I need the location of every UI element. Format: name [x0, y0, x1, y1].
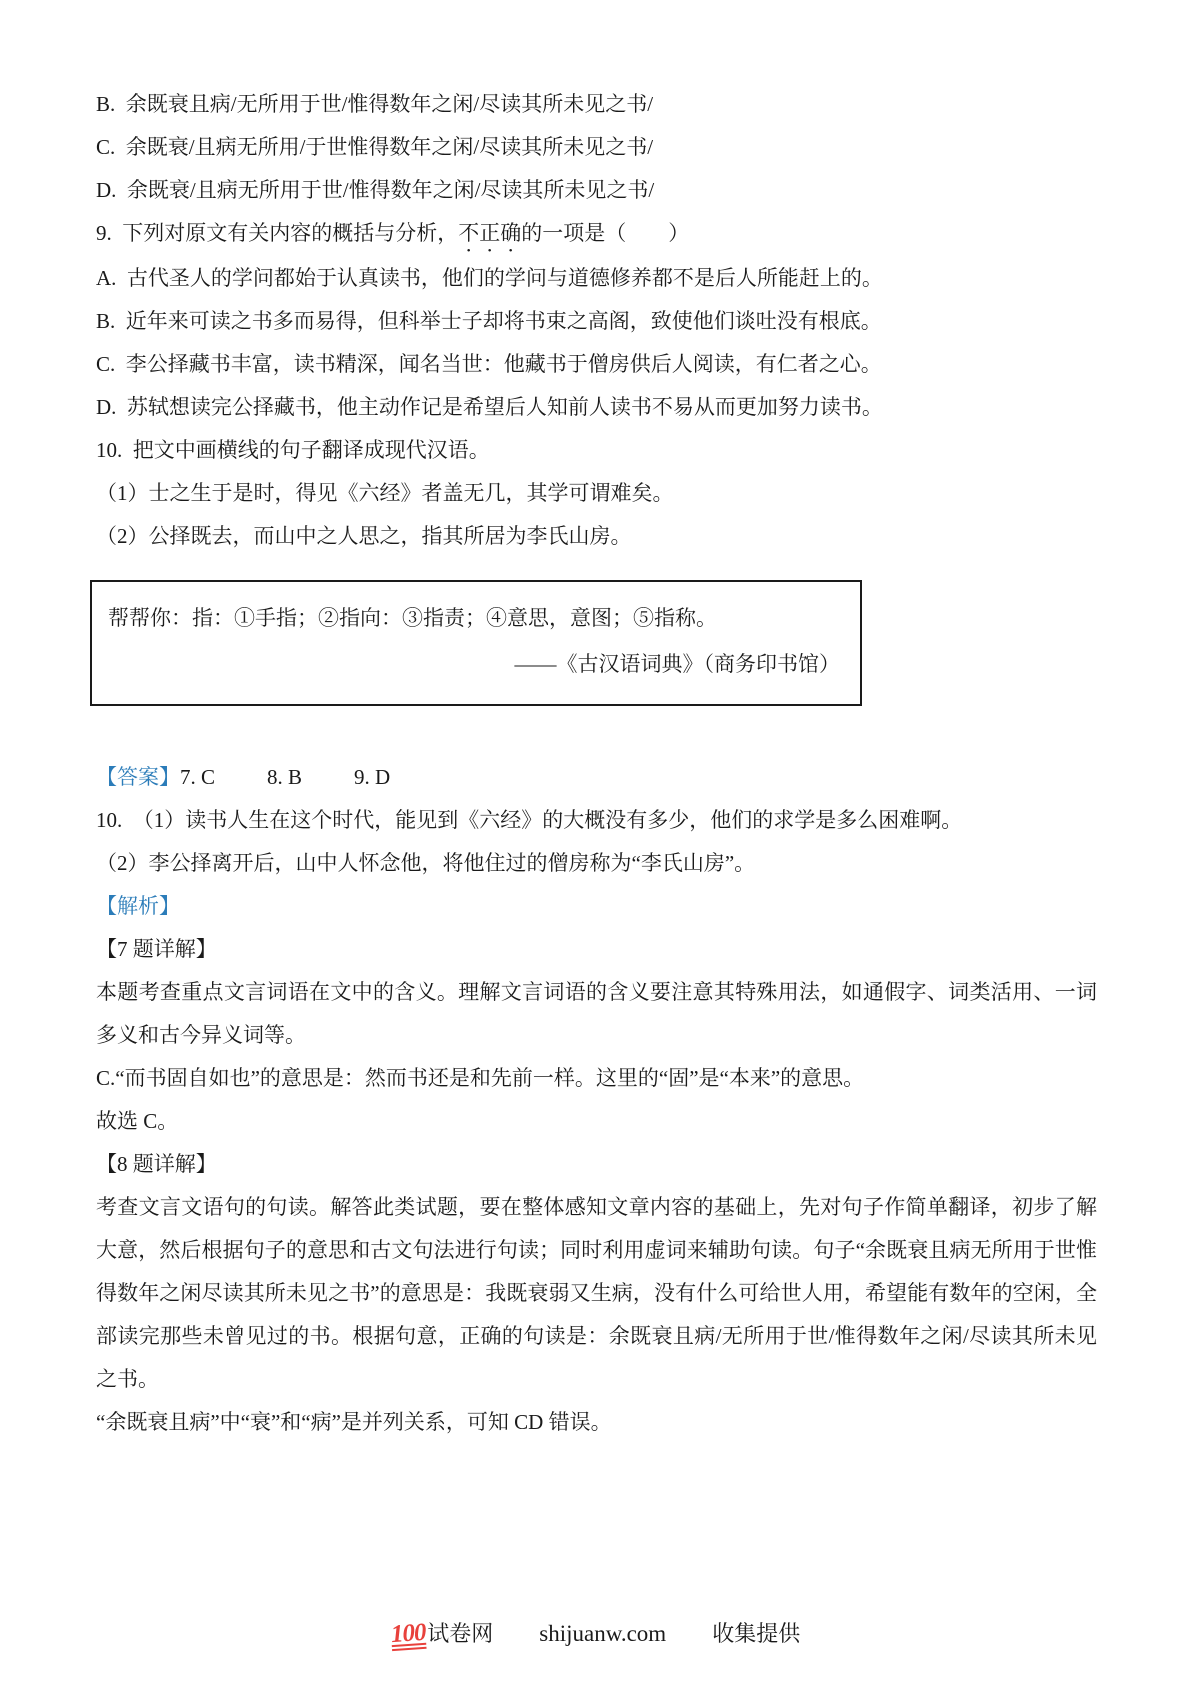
q9-option-c: C. 李公择藏书丰富，读书精深，闻名当世：他藏书于僧房供后人阅读，有仁者之心。 — [96, 343, 1097, 386]
footer-brand: 100试卷网 — [391, 1617, 494, 1648]
detail7-para2: C.“而书固自如也”的意思是：然而书还是和先前一样。这里的“固”是“本来”的意思… — [96, 1057, 1097, 1100]
document-page: B. 余既衰且病/无所用于世/惟得数年之闲/尽读其所未见之书/ C. 余既衰/且… — [0, 0, 1191, 1684]
answers-label: 【答案】 — [96, 765, 180, 789]
answer-7: 7. C — [180, 756, 215, 799]
detail7-para3: 故选 C。 — [96, 1100, 1097, 1143]
analysis-label: 【解析】 — [96, 885, 1097, 928]
question9-emphasized-text: 不正确 — [458, 221, 521, 245]
brand-name: 试卷网 — [427, 1617, 493, 1648]
detail7-heading: 【7 题详解】 — [96, 928, 1097, 971]
hint-box: 帮帮你：指：①手指；②指向：③指责；④意思，意图；⑤指称。 ——《古汉语词典》（… — [90, 580, 862, 706]
document-body: B. 余既衰且病/无所用于世/惟得数年之闲/尽读其所未见之书/ C. 余既衰/且… — [0, 0, 1191, 1444]
detail8-heading: 【8 题详解】 — [96, 1143, 1097, 1186]
page-footer: 100试卷网 shijuanw.com 收集提供 — [0, 1617, 1191, 1648]
q8-option-c: C. 余既衰/且病无所用/于世惟得数年之闲/尽读其所未见之书/ — [96, 126, 1097, 169]
question10-part2: （2）公择既去，而山中之人思之，指其所居为李氏山房。 — [96, 515, 1097, 558]
detail8-para2: “余既衰且病”中“衰”和“病”是并列关系，可知 CD 错误。 — [96, 1401, 1097, 1444]
q9-option-d: D. 苏轼想读完公择藏书，他主动作记是希望后人知前人读书不易从而更加努力读书。 — [96, 386, 1097, 429]
q9-option-a: A. 古代圣人的学问都始于认真读书，他们的学问与道德修养都不是后人所能赶上的。 — [96, 257, 1097, 300]
answer10-part1: 10. （1）读书人生在这个时代，能见到《六经》的大概没有多少，他们的求学是多么… — [96, 799, 1097, 842]
answer10-part2: （2）李公择离开后，山中人怀念他，将他住过的僧房称为“李氏山房”。 — [96, 842, 1097, 885]
detail8-para1: 考查文言文语句的句读。解答此类试题，要在整体感知文章内容的基础上，先对句子作简单… — [96, 1186, 1097, 1401]
question9-prefix: 9. 下列对原文有关内容的概括与分析， — [96, 221, 458, 245]
question10-stem: 10. 把文中画横线的句子翻译成现代汉语。 — [96, 429, 1097, 472]
q9-option-b: B. 近年来可读之书多而易得，但科举士子却将书束之高阁，致使他们谈吐没有根底。 — [96, 300, 1097, 343]
footer-suffix-text: 收集提供 — [712, 1617, 800, 1648]
footer-site-url: shijuanw.com — [539, 1621, 666, 1647]
answer-8: 8. B — [267, 756, 302, 799]
q8-option-d: D. 余既衰/且病无所用于世/惟得数年之闲/尽读其所未见之书/ — [96, 169, 1097, 212]
question9-suffix: 的一项是（ ） — [521, 221, 689, 245]
question10-part1: （1）士之生于是时，得见《六经》者盖无几，其学可谓难矣。 — [96, 472, 1097, 515]
answers-line: 【答案】7. C8. B9. D — [96, 756, 1097, 799]
detail7-para1: 本题考查重点文言词语在文中的含义。理解文言词语的含义要注意其特殊用法，如通假字、… — [96, 971, 1097, 1057]
q8-option-b: B. 余既衰且病/无所用于世/惟得数年之闲/尽读其所未见之书/ — [96, 83, 1097, 126]
hint-box-source: ——《古汉语词典》（商务印书馆） — [108, 652, 842, 676]
answer-9: 9. D — [354, 756, 390, 799]
hint-box-text: 帮帮你：指：①手指；②指向：③指责；④意思，意图；⑤指称。 — [108, 606, 842, 630]
question9-stem: 9. 下列对原文有关内容的概括与分析，不正确的一项是（ ） — [96, 212, 1097, 257]
brand-100-logo: 100 — [390, 1619, 426, 1649]
